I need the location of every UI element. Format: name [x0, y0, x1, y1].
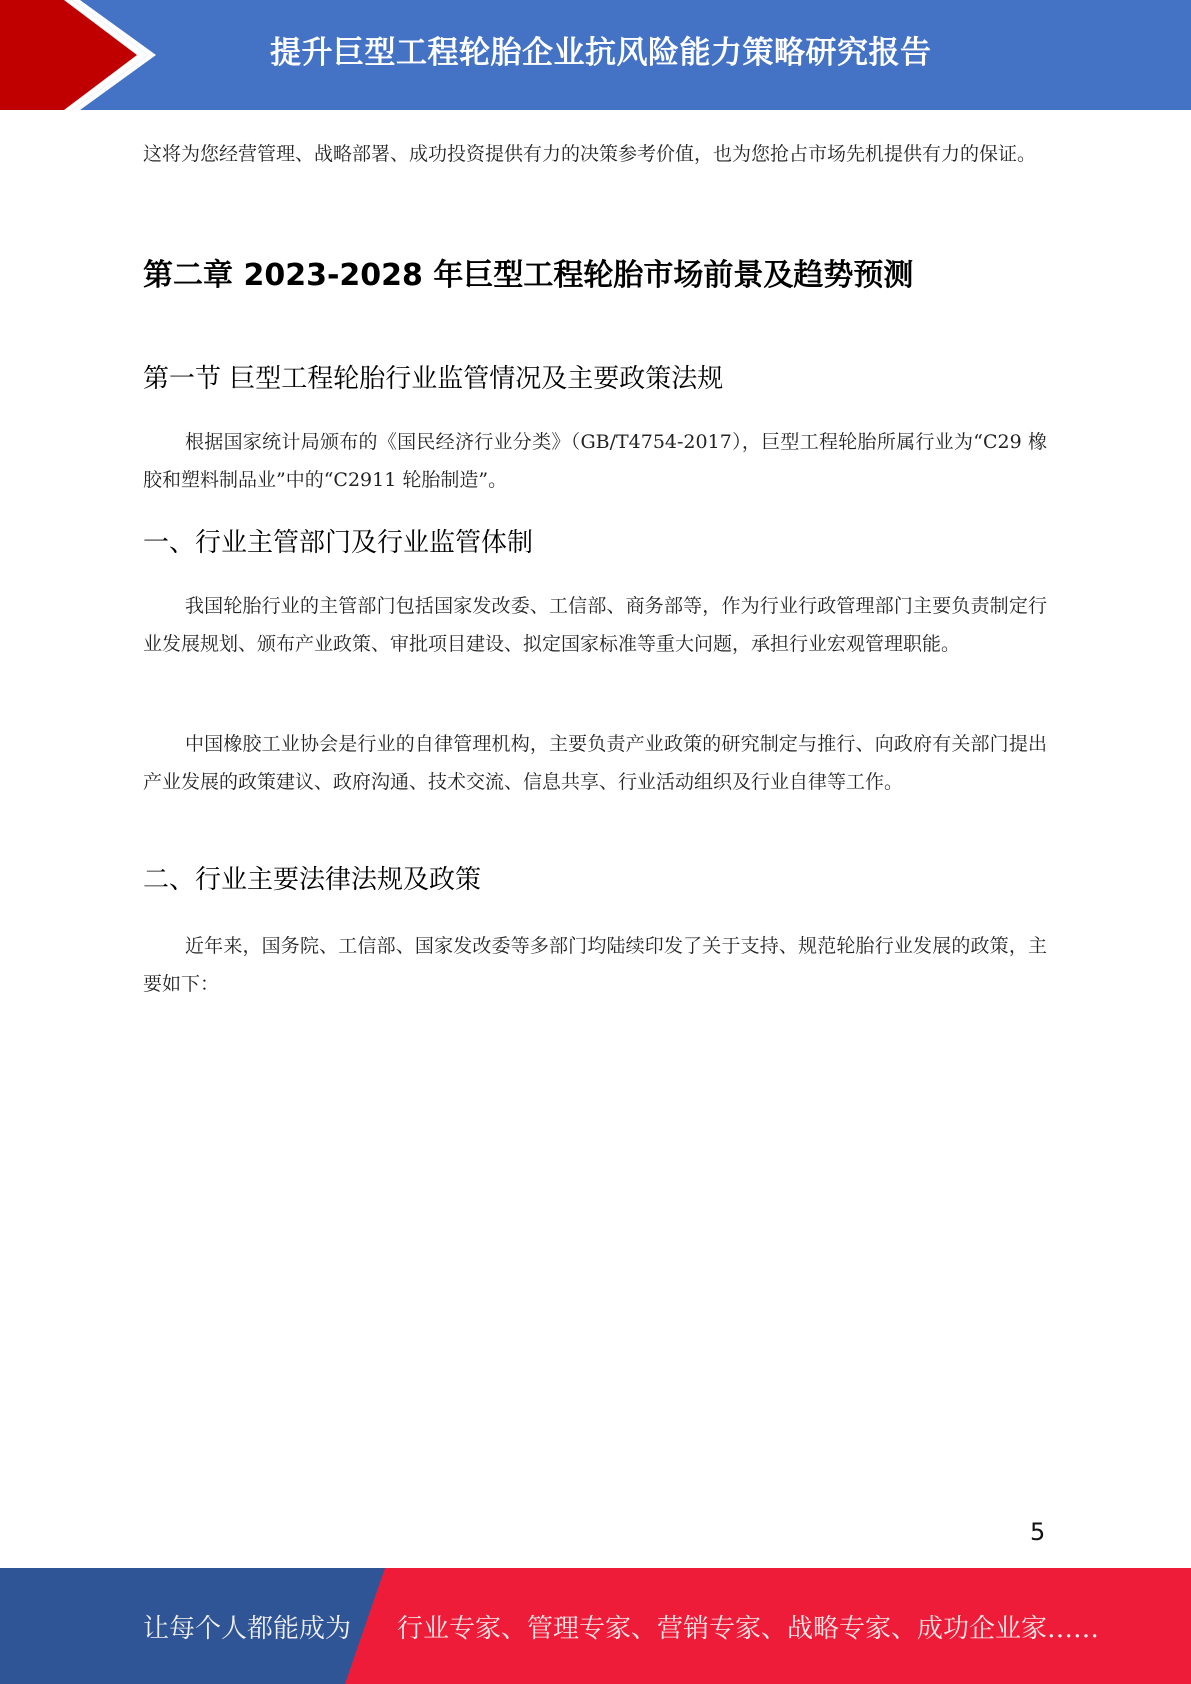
paragraph-regulators: 我国轮胎行业的主管部门包括国家发改委、工信部、商务部等，作为行业行政管理部门主要…: [143, 587, 1047, 663]
red-arrow-icon: [0, 0, 160, 110]
intro-paragraph: 这将为您经营管理、战略部署、成功投资提供有力的决策参考价值，也为您抢占市场先机提…: [143, 135, 1047, 173]
footer-slogan-right: 行业专家、管理专家、营销专家、战略专家、成功企业家……: [397, 1608, 1099, 1645]
section-title: 第一节 巨型工程轮胎行业监管情况及主要政策法规: [143, 358, 723, 395]
footer-slogan-left: 让每个人都能成为: [143, 1608, 351, 1645]
page-header: 提升巨型工程轮胎企业抗风险能力策略研究报告: [0, 0, 1191, 110]
section-paragraph: 根据国家统计局颁布的《国民经济行业分类》（GB/T4754-2017），巨型工程…: [143, 423, 1047, 499]
subsection-title-2: 二、行业主要法律法规及政策: [143, 859, 481, 896]
page-number: 5: [1030, 1518, 1045, 1546]
report-title: 提升巨型工程轮胎企业抗风险能力策略研究报告: [270, 27, 932, 77]
subsection-title-1: 一、行业主管部门及行业监管体制: [143, 522, 533, 559]
chapter-title: 第二章 2023-2028 年巨型工程轮胎市场前景及趋势预测: [143, 250, 913, 294]
paragraph-policies: 近年来，国务院、工信部、国家发改委等多部门均陆续印发了关于支持、规范轮胎行业发展…: [143, 927, 1047, 1003]
paragraph-association: 中国橡胶工业协会是行业的自律管理机构，主要负责产业政策的研究制定与推行、向政府有…: [143, 725, 1047, 801]
page-footer: 让每个人都能成为 行业专家、管理专家、营销专家、战略专家、成功企业家……: [0, 1568, 1191, 1684]
